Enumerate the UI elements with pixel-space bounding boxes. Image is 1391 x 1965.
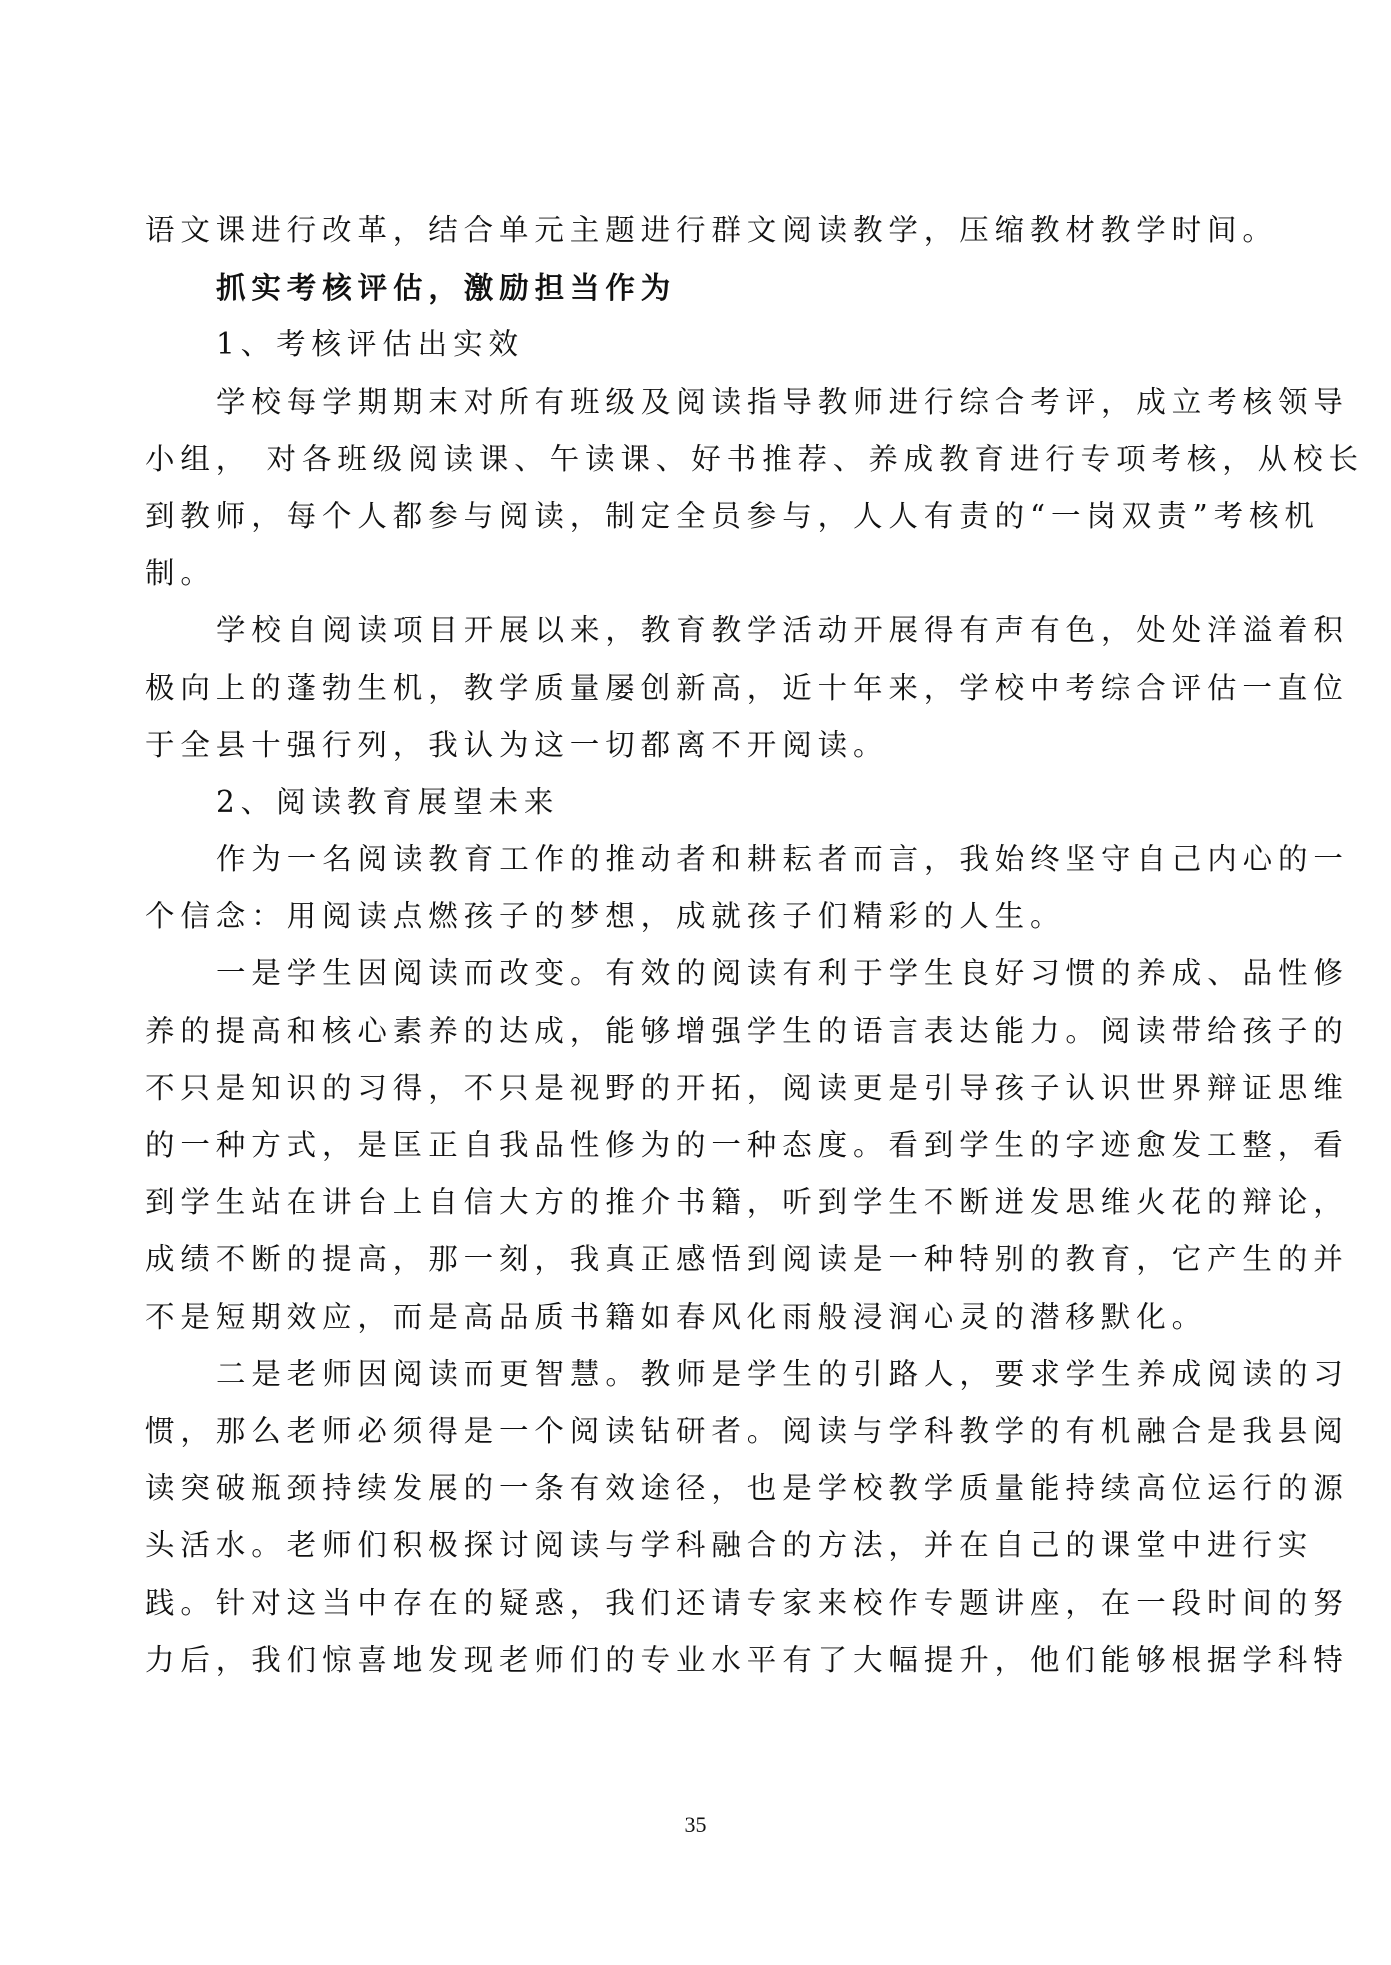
- body-text-line: 极向上的蓬勃生机，教学质量屡创新高，近十年来，学校中考综合评估一直位: [145, 660, 1245, 717]
- body-text-line: 小组， 对各班级阅读课、午读课、好书推荐、养成教育进行专项考核，从校长: [145, 431, 1245, 488]
- paragraph-start: 一是学生因阅读而改变。有效的阅读有利于学生良好习惯的养成、品性修: [145, 945, 1245, 1002]
- subsection-heading: 1、考核评估出实效: [145, 316, 1245, 373]
- body-text-line: 成绩不断的提高，那一刻，我真正感悟到阅读是一种特别的教育，它产生的并: [145, 1231, 1245, 1288]
- body-text-line: 到学生站在讲台上自信大方的推介书籍，听到学生不断迸发思维火花的辩论，: [145, 1174, 1245, 1231]
- body-text-line: 践。针对这当中存在的疑惑，我们还请专家来校作专题讲座，在一段时间的努: [145, 1575, 1245, 1632]
- body-text-line: 到教师，每个人都参与阅读，制定全员参与，人人有责的“一岗双责”考核机: [145, 488, 1245, 545]
- subsection-heading: 2、阅读教育展望未来: [145, 774, 1245, 831]
- body-text-line: 制。: [145, 545, 1245, 602]
- body-text-line: 读突破瓶颈持续发展的一条有效途径，也是学校教学质量能持续高位运行的源: [145, 1460, 1245, 1517]
- body-text-line: 的一种方式，是匡正自我品性修为的一种态度。看到学生的字迹愈发工整，看: [145, 1117, 1245, 1174]
- body-text-line: 不是短期效应，而是高品质书籍如春风化雨般浸润心灵的潜移默化。: [145, 1289, 1245, 1346]
- body-text-line: 养的提高和核心素养的达成，能够增强学生的语言表达能力。阅读带给孩子的: [145, 1003, 1245, 1060]
- paragraph-start: 学校自阅读项目开展以来，教育教学活动开展得有声有色，处处洋溢着积: [145, 602, 1245, 659]
- body-text-line: 头活水。老师们积极探讨阅读与学科融合的方法，并在自己的课堂中进行实: [145, 1517, 1245, 1574]
- page-number: 35: [0, 1812, 1391, 1838]
- body-text-line: 不只是知识的习得，不只是视野的开拓，阅读更是引导孩子认识世界辩证思维: [145, 1060, 1245, 1117]
- body-text-line: 于全县十强行列，我认为这一切都离不开阅读。: [145, 717, 1245, 774]
- paragraph-start: 作为一名阅读教育工作的推动者和耕耘者而言，我始终坚守自己内心的一: [145, 831, 1245, 888]
- body-text-line: 语文课进行改革，结合单元主题进行群文阅读教学，压缩教材教学时间。: [145, 202, 1245, 259]
- body-text-line: 个信念：用阅读点燃孩子的梦想，成就孩子们精彩的人生。: [145, 888, 1245, 945]
- document-body: 语文课进行改革，结合单元主题进行群文阅读教学，压缩教材教学时间。 抓实考核评估，…: [145, 202, 1245, 1689]
- paragraph-start: 学校每学期期末对所有班级及阅读指导教师进行综合考评，成立考核领导: [145, 374, 1245, 431]
- paragraph-start: 二是老师因阅读而更智慧。教师是学生的引路人，要求学生养成阅读的习: [145, 1346, 1245, 1403]
- body-text-line: 惯，那么老师必须得是一个阅读钻研者。阅读与学科教学的有机融合是我县阅: [145, 1403, 1245, 1460]
- section-heading: 抓实考核评估，激励担当作为: [145, 259, 1245, 316]
- body-text-line: 力后，我们惊喜地发现老师们的专业水平有了大幅提升，他们能够根据学科特: [145, 1632, 1245, 1689]
